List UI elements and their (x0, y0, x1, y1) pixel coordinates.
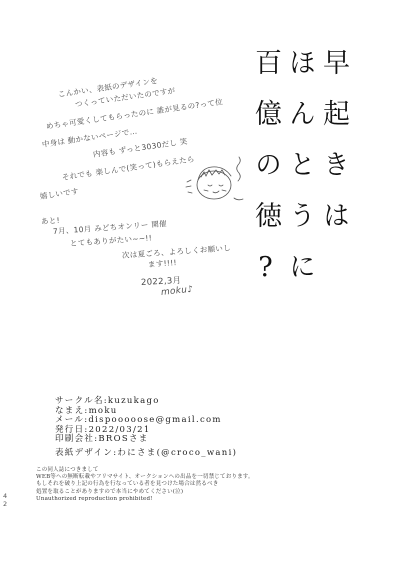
disclaimer-block: この同人誌につきまして WEB等への無断転載やフリマサイト、オークションへの出品… (36, 467, 254, 503)
page-number-digit: 2 (3, 500, 7, 508)
chibi-face-doodle (184, 152, 246, 214)
credit-printer: 印刷会社:BROSさま (55, 435, 237, 445)
doodle-sketch (184, 152, 246, 210)
doujinshi-colophon-page: 早起きは ほんとうに 百億の徳? こんかい、表紙のデザインを つくっていただいた… (0, 0, 400, 565)
disclaimer-line: もしそれを破り上記の行為を行なっている者を見つけた場合は然るべき (36, 481, 254, 488)
title-line-2: ほんとうに (282, 48, 316, 328)
announcement-line: ます!!!! (148, 257, 178, 270)
page-number: 4 2 (3, 492, 7, 508)
title-line-3: 百億の徳? (248, 48, 282, 328)
credits-block: サークル名:kuzukago なまえ:moku メール:dispooooose@… (55, 397, 237, 459)
page-number-digit: 4 (3, 492, 7, 500)
title-line-1: 早起きは (316, 48, 350, 328)
disclaimer-line: 処置を取ることがありますので本当にやめてください(泣) (36, 489, 254, 496)
handwritten-line: それでも 楽しんで(笑って)もらえたら (61, 153, 195, 183)
author-signature: moku♪ (160, 285, 193, 298)
disclaimer-line: Unauthorized reproduction prohibited! (36, 496, 254, 503)
handwritten-line: 嬉しいです (39, 186, 79, 202)
credit-cover-design: 表紙デザイン:わにさま(@croco_wani) (55, 449, 237, 459)
page-title: 早起きは ほんとうに 百億の徳? (248, 48, 350, 328)
